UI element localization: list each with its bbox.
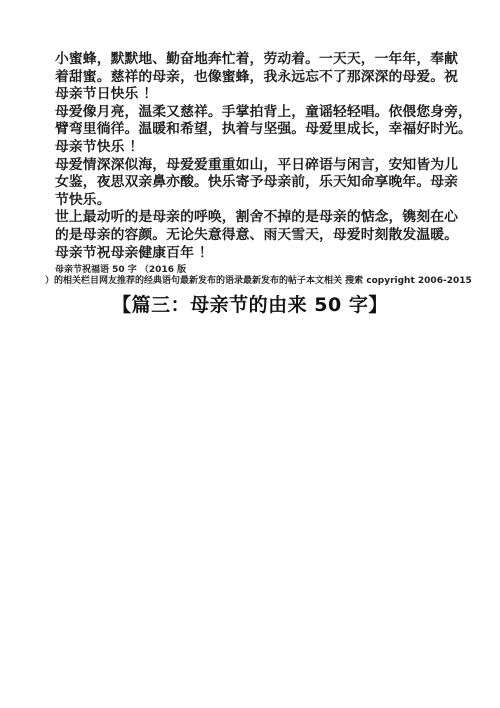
body-line: 母亲节日快乐 ！ — [55, 86, 472, 104]
body-line: 的是母亲的容颜。无论失意得意、雨天雪天，母爱时刻散发温暖。 — [55, 227, 472, 245]
body-line: 小蜜蜂，默默地、勤奋地奔忙着，劳动着。一天天，一年年，奉献 — [55, 51, 472, 69]
body-line: 着甜蜜。慈祥的母亲，也像蜜蜂，我永远忘不了那深深的母爱。祝 — [55, 69, 472, 87]
body-line: 母爱情深深似海，母爱爱重重如山，平日碎语与闲言，安知皆为儿 — [55, 157, 472, 175]
meta-line: ）的相关栏目网友推荐的经典语句最新发布的语录最新发布的帖子本文相关 搜索 cop… — [45, 276, 500, 287]
meta-text: 母亲节祝福语 50 字 （2016 版 ）的相关栏目网友推荐的经典语句最新发布的… — [0, 265, 500, 286]
body-line: 母爱像月亮，温柔又慈祥。手掌拍背上，童谣轻轻唱。依偎您身旁， — [55, 104, 472, 122]
body-line: 母亲节快乐 ！ — [55, 139, 472, 157]
section-heading: 【篇三：母亲节的由来 50 字】 — [0, 293, 500, 317]
body-line: 母亲节祝母亲健康百年 ！ — [55, 245, 472, 263]
meta-line: 母亲节祝福语 50 字 （2016 版 — [55, 265, 500, 276]
body-line: 节快乐。 — [55, 192, 472, 210]
document-page: 小蜜蜂，默默地、勤奋地奔忙着，劳动着。一天天，一年年，奉献 着甜蜜。慈祥的母亲，… — [0, 0, 500, 708]
body-line: 世上最动听的是母亲的呼唤，割舍不掉的是母亲的惦念，镌刻在心 — [55, 209, 472, 227]
body-paragraphs: 小蜜蜂，默默地、勤奋地奔忙着，劳动着。一天天，一年年，奉献 着甜蜜。慈祥的母亲，… — [0, 0, 500, 262]
body-line: 臂弯里徜徉。温暖和希望，执着与坚强。母爱里成长，幸福好时光。 — [55, 121, 472, 139]
body-line: 女鉴，夜思双亲鼻亦酸。快乐寄予母亲前，乐天知命享晚年。母亲 — [55, 174, 472, 192]
